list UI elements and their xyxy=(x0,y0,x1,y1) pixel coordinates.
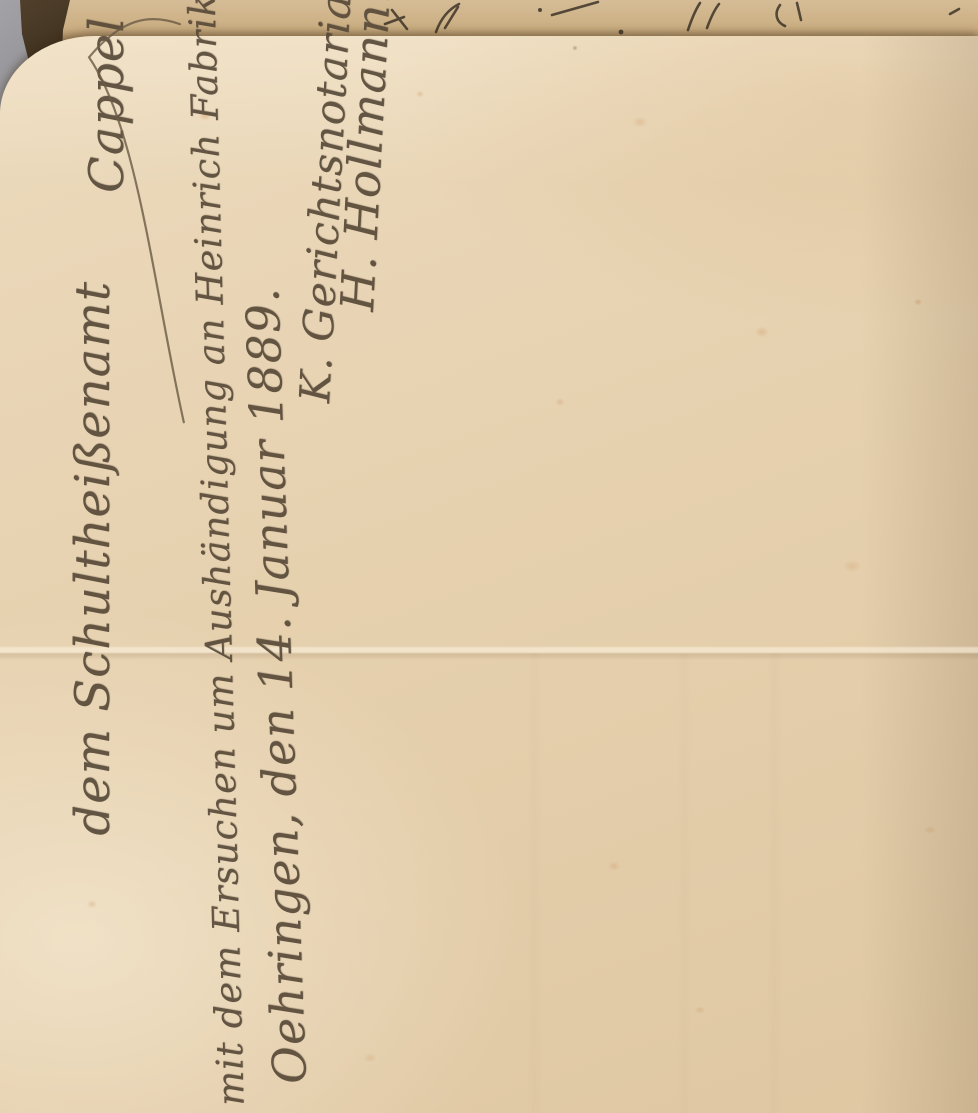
photo-of-book-page: dem SchultheißenamtCappel mit dem Ersuch… xyxy=(0,0,978,1113)
show-through-streaks xyxy=(438,653,858,1113)
handwritten-note: dem SchultheißenamtCappel mit dem Ersuch… xyxy=(0,0,470,1113)
recipient-office-text: dem Schultheißenamt xyxy=(65,281,121,836)
note-line-recipient: dem SchultheißenamtCappel xyxy=(65,16,121,835)
note-line-request: mit dem Ersuchen um Aushändigung an Hein… xyxy=(176,0,252,1107)
place-name-cappel: Cappel xyxy=(79,16,135,193)
